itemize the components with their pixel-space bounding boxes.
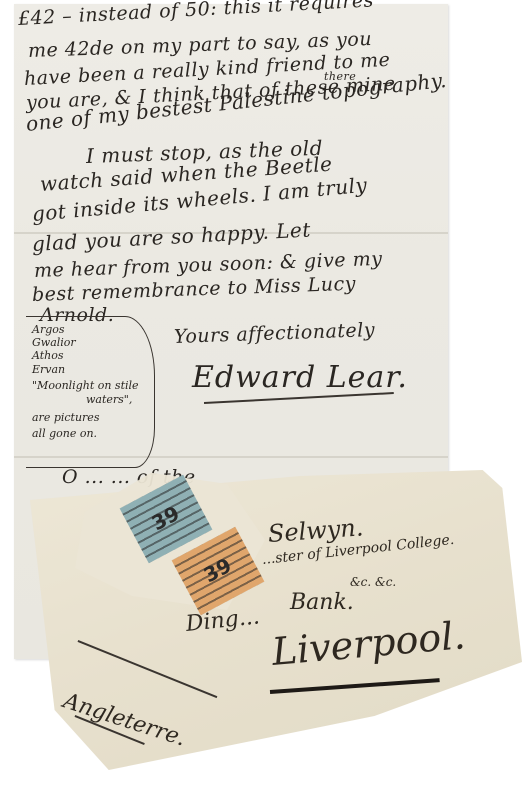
margin-note-line: Athos [32, 349, 64, 362]
letter-photograph: £42 – instead of 50: this it requires me… [0, 0, 530, 798]
signature: Edward Lear. [192, 360, 408, 395]
margin-note-line: waters", [86, 393, 132, 406]
margin-note-box: Argos Gwalior Athos Ervan "Moonlight on … [26, 316, 155, 468]
address-line: Bank. [290, 590, 354, 615]
margin-note-line: are pictures [32, 411, 99, 424]
margin-note-line: all gone on. [32, 427, 97, 440]
letter-line: £42 – instead of 50: this it requires [17, 0, 374, 30]
closing: Yours affectionately [174, 319, 376, 348]
margin-note-line: "Moonlight on stile [32, 379, 139, 392]
margin-note-line: Argos [32, 323, 65, 336]
margin-note-line: Ervan [32, 363, 65, 376]
letter-line: glad you are so happy. Let [31, 217, 311, 256]
address-line: &c. &c. [350, 575, 396, 589]
margin-note-line: Gwalior [32, 336, 76, 349]
